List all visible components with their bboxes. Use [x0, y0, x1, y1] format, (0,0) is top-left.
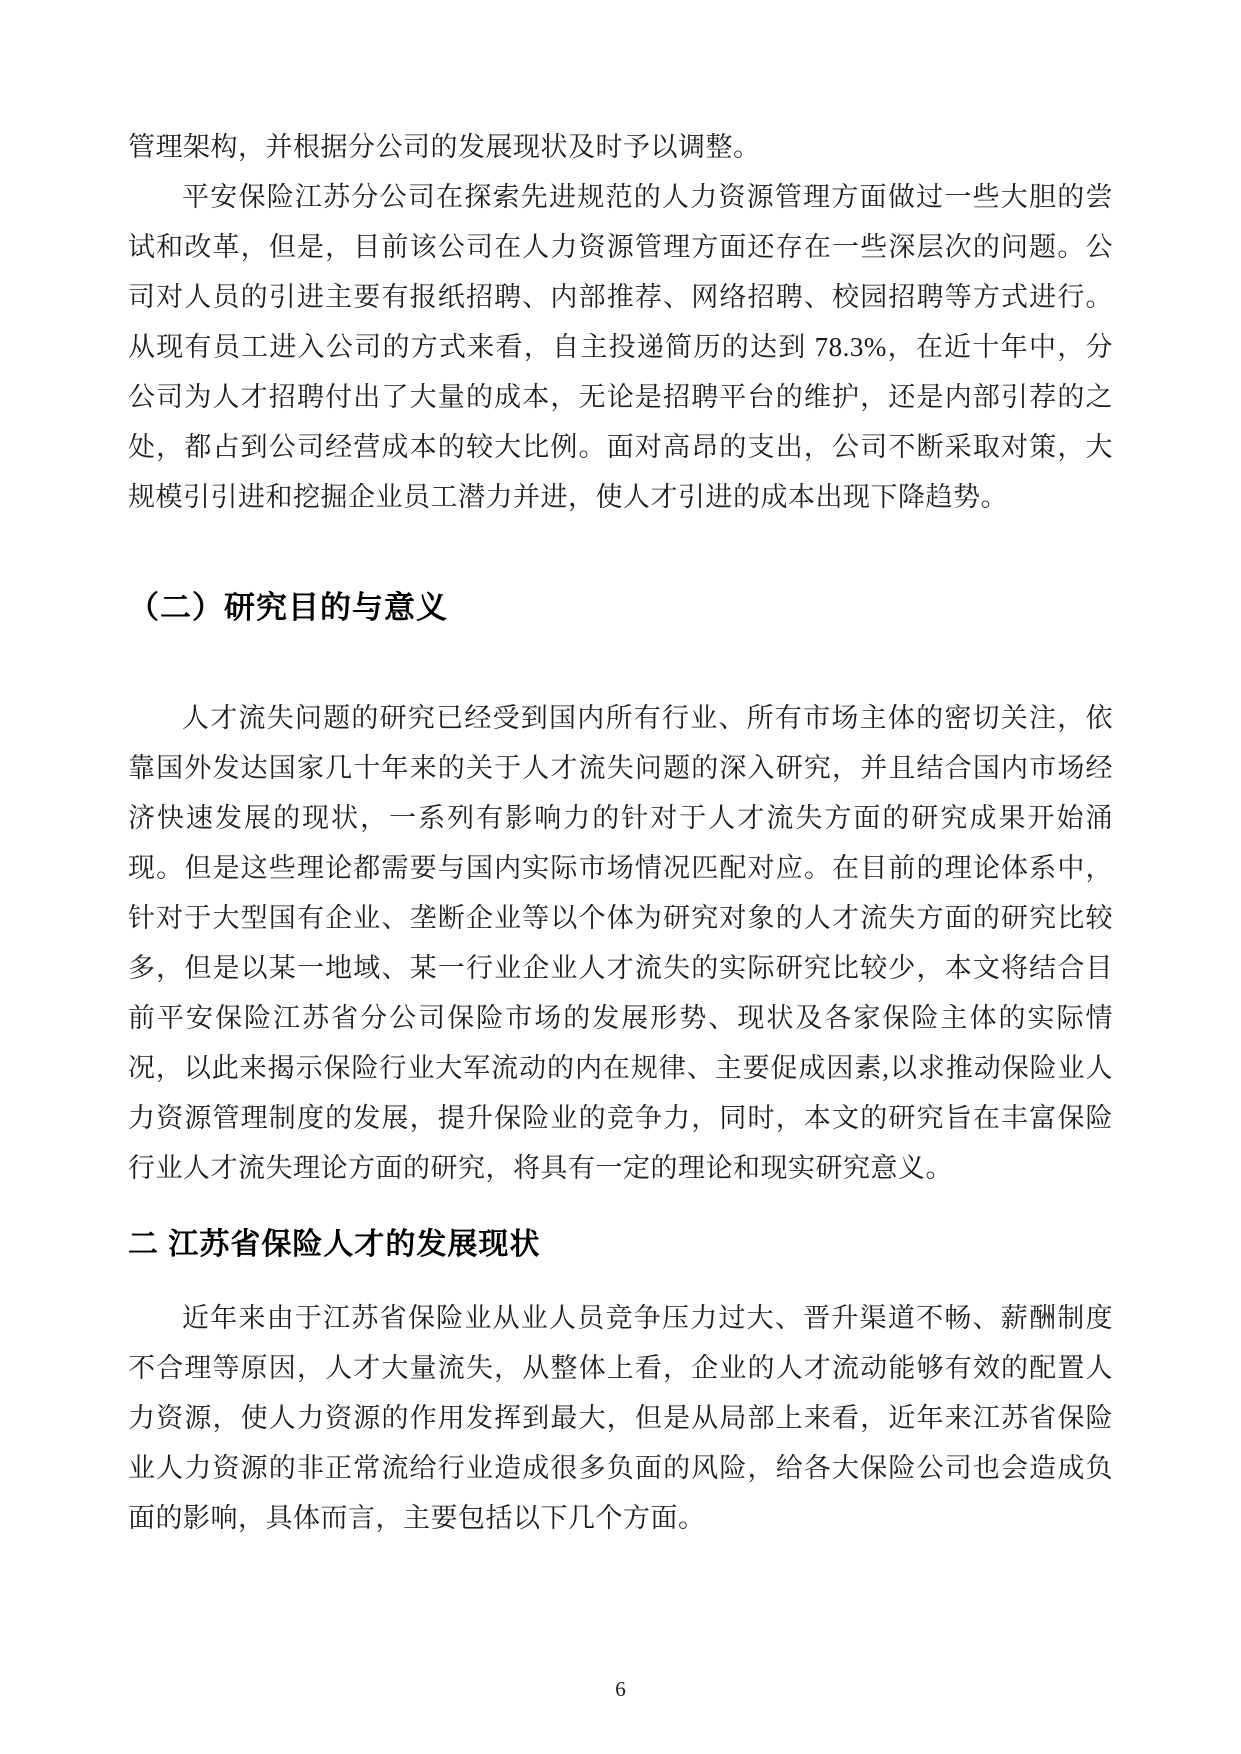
page-number: 6 [0, 1677, 1241, 1702]
paragraph-research-purpose: 人才流失问题的研究已经受到国内所有行业、所有市场主体的密切关注，依靠国外发达国家… [128, 693, 1113, 1193]
paragraph-talent-status: 近年来由于江苏省保险业从业人员竞争压力过大、晋升渠道不畅、薪酬制度不合理等原因，… [128, 1293, 1113, 1543]
paragraph-continuation: 管理架构，并根据分公司的发展现状及时予以调整。 [128, 122, 1113, 172]
heading-jiangsu-talent-status: 二 江苏省保险人才的发展现状 [128, 1219, 1113, 1263]
paragraph-company-hr: 平安保险江苏分公司在探索先进规范的人力资源管理方面做过一些大胆的尝试和改革，但是… [128, 172, 1113, 522]
page-content: 管理架构，并根据分公司的发展现状及时予以调整。 平安保险江苏分公司在探索先进规范… [128, 122, 1113, 1543]
heading-research-purpose: （二）研究目的与意义 [128, 582, 1113, 627]
document-page: 管理架构，并根据分公司的发展现状及时予以调整。 平安保险江苏分公司在探索先进规范… [0, 0, 1241, 1754]
